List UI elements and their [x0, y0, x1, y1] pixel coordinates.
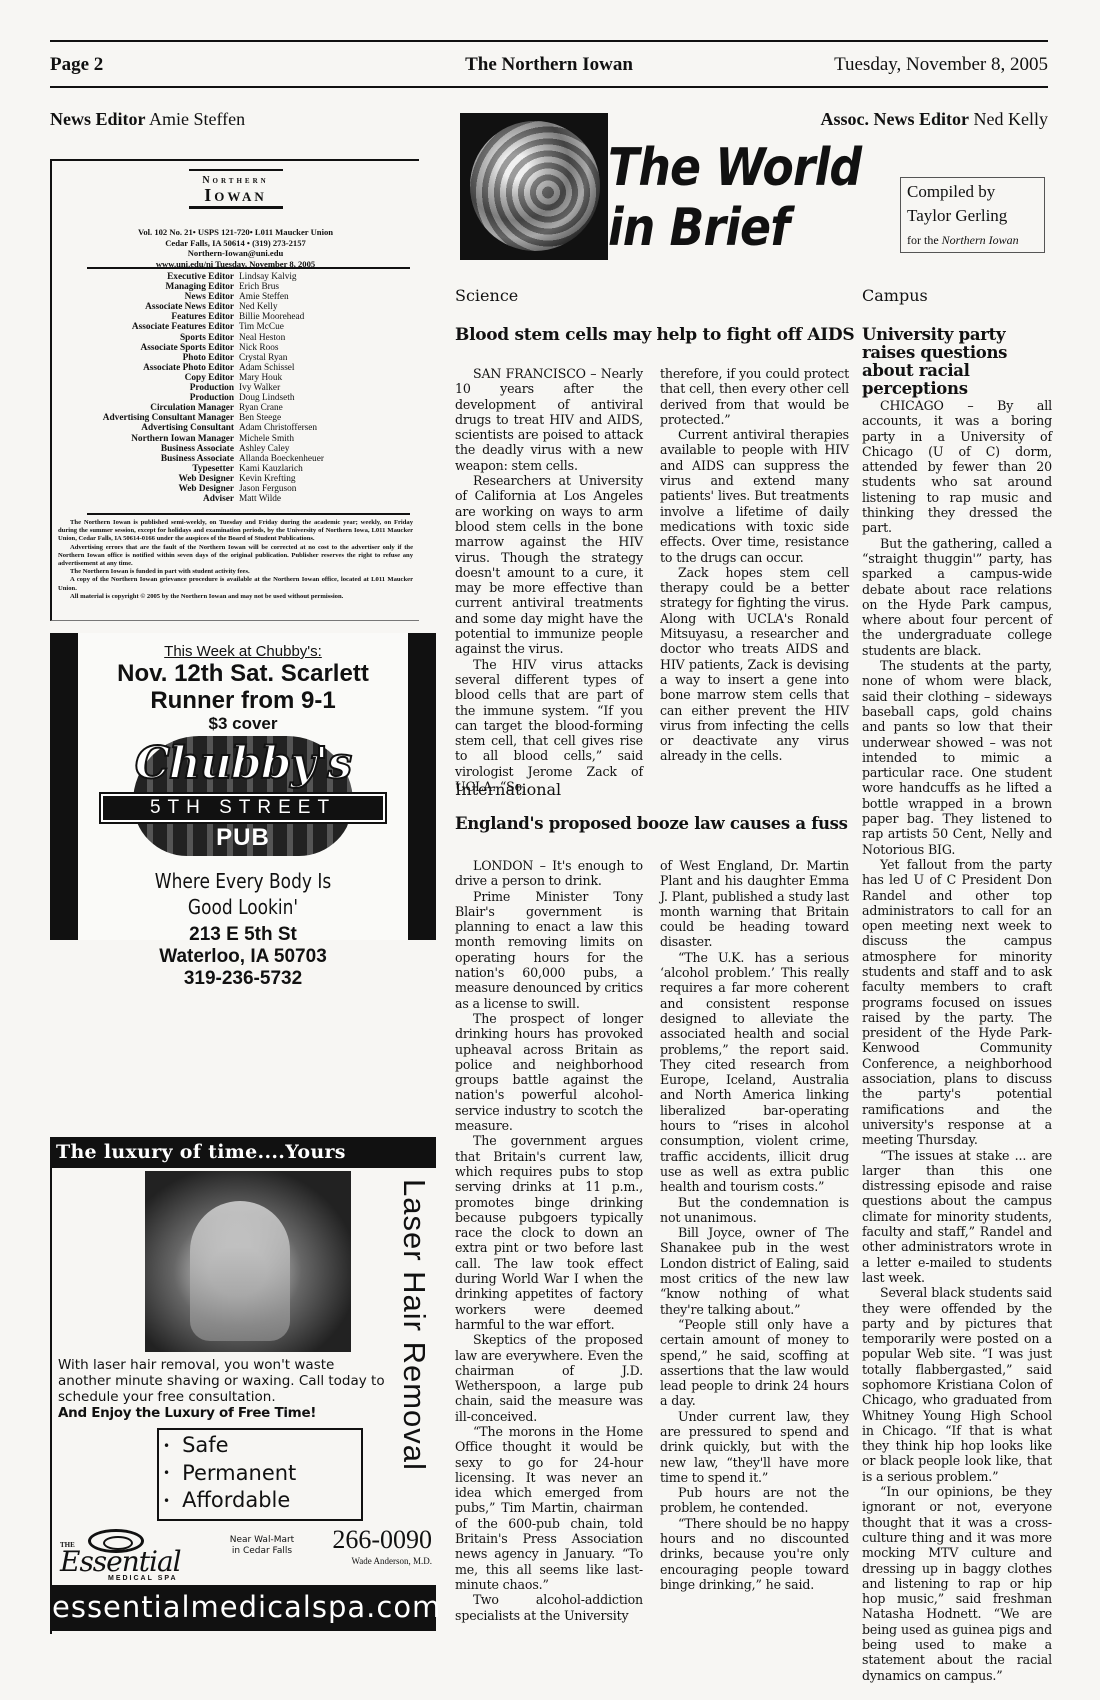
- compiled-for: for the Northern Iowan: [907, 228, 1044, 252]
- compiled-label: Compiled by: [907, 180, 1044, 204]
- staff-row: Features EditorBillie Moorehead: [52, 312, 421, 322]
- headline-international: England's proposed booze law causes a fu…: [455, 815, 855, 833]
- science-col-2: therefore, if you could protect that cel…: [660, 366, 849, 764]
- folio: Page 2 The Northern Iowan Tuesday, Novem…: [50, 54, 1048, 78]
- staff-name: Ned Kelly: [239, 302, 421, 312]
- logo-script: Chubby's: [93, 738, 393, 789]
- logo-iowan: Iowan: [52, 186, 419, 204]
- staff-row: Associate News EditorNed Kelly: [52, 302, 421, 312]
- logo-banner: 5TH STREET: [101, 794, 385, 822]
- staff-row: Managing EditorErich Brus: [52, 282, 421, 292]
- notice-para: The Northern Iowan is funded in part wit…: [58, 568, 413, 576]
- staff-name: Tim McCue: [239, 322, 421, 332]
- section-science: Science: [455, 286, 518, 305]
- top-rule: [50, 40, 1048, 42]
- staff-row: Northern Iowan ManagerMichele Smith: [52, 434, 421, 444]
- staff-row: Copy EditorMary Houk: [52, 373, 421, 383]
- doctor-name: Wade Anderson, M.D.: [351, 1556, 432, 1566]
- divider: [87, 267, 410, 269]
- para: Zack hopes stem cell therapy could be a …: [660, 565, 849, 764]
- staff-role: Production: [52, 383, 239, 393]
- staff-name: Ben Steege: [239, 413, 421, 423]
- staff-row: ProductionDoug Lindseth: [52, 393, 421, 403]
- staff-role: Associate Features Editor: [52, 322, 239, 332]
- spa-phone: 266-0090: [332, 1525, 432, 1555]
- folio-rule: [50, 86, 1048, 88]
- info-line: Vol. 102 No. 21• USPS 121-720• L011 Mauc…: [52, 227, 419, 238]
- staff-row: Sports EditorNeal Heston: [52, 333, 421, 343]
- masthead-info: Vol. 102 No. 21• USPS 121-720• L011 Mauc…: [52, 227, 419, 269]
- issue-date: Tuesday, November 8, 2005: [834, 54, 1048, 76]
- para: Pub hours are not the problem, he conten…: [660, 1485, 849, 1516]
- para: Several black students said they were of…: [862, 1285, 1052, 1484]
- ad-headline: The luxury of time....Yours: [52, 1137, 436, 1168]
- para: LONDON – It's enough to drive a person t…: [455, 858, 643, 889]
- para: “There should be no happy hours and no d…: [660, 1516, 849, 1592]
- para: “The issues at stake ... are larger than…: [862, 1148, 1052, 1286]
- notice-para: The Northern Iowan is published semi-wee…: [58, 519, 413, 544]
- staff-role: Sports Editor: [52, 333, 239, 343]
- editor-name: Ned Kelly: [974, 109, 1048, 129]
- staff-role: Production: [52, 393, 239, 403]
- staff-row: Web DesignerKevin Krefting: [52, 474, 421, 484]
- notice-para: Advertising errors that are the fault of…: [58, 544, 413, 569]
- tagline-line: Good Lookin': [103, 894, 384, 920]
- location: Near Wal-Mart in Cedar Falls: [212, 1535, 312, 1557]
- chubbys-pub-ad: This Week at Chubby's: Nov. 12th Sat. Sc…: [50, 633, 436, 940]
- tagline-line: Where Every Body Is: [103, 868, 384, 894]
- staff-role: Adviser: [52, 494, 239, 504]
- ad-heading: This Week at Chubby's:: [78, 633, 408, 660]
- tagline: Where Every Body Is Good Lookin': [103, 868, 384, 920]
- event-line-2: Runner from 9-1: [78, 687, 408, 714]
- staff-role: Managing Editor: [52, 282, 239, 292]
- staff-row: Associate Features EditorTim McCue: [52, 322, 421, 332]
- para: Yet fallout from the party has led U of …: [862, 857, 1052, 1148]
- staff-name: Adam Christoffersen: [239, 423, 421, 433]
- staff-row: Photo EditorCrystal Ryan: [52, 353, 421, 363]
- notice-para: All material is copyright © 2005 by the …: [58, 593, 413, 601]
- international-col-2: of West England, Dr. Martin Plant and hi…: [660, 858, 849, 1592]
- logo-sub: MEDICAL SPA: [108, 1575, 178, 1582]
- para: “The morons in the Home Office thought i…: [455, 1424, 643, 1592]
- headline-science: Blood stem cells may help to fight off A…: [455, 326, 855, 344]
- info-line: Cedar Falls, IA 50614 • (319) 273-2157: [52, 238, 419, 249]
- staff-role: Associate Photo Editor: [52, 363, 239, 373]
- ad-body: With laser hair removal, you won't waste…: [58, 1357, 388, 1421]
- editor-role: Assoc. News Editor: [821, 109, 970, 129]
- para: The prospect of longer drinking hours ha…: [455, 1011, 643, 1133]
- staff-role: Circulation Manager: [52, 403, 239, 413]
- compiled-by-box: Compiled by Taylor Gerling for the North…: [900, 177, 1045, 253]
- editor-role: News Editor: [50, 109, 146, 129]
- globe-image: [460, 113, 608, 260]
- staff-row: Advertising Consultant ManagerBen Steege: [52, 413, 421, 423]
- para: Prime Minister Tony Blair's government i…: [455, 889, 643, 1011]
- staff-role: Executive Editor: [52, 272, 239, 282]
- para: SAN FRANCISCO – Nearly 10 years after th…: [455, 366, 643, 473]
- staff-role: Web Designer: [52, 484, 239, 494]
- staff-name: Kevin Krefting: [239, 474, 421, 484]
- para: The HIV virus attacks several different …: [455, 657, 643, 795]
- science-col-1: SAN FRANCISCO – Nearly 10 years after th…: [455, 366, 643, 794]
- para: therefore, if you could protect that cel…: [660, 366, 849, 427]
- staff-role: Advertising Consultant Manager: [52, 413, 239, 423]
- para: The government argues that Britain's cur…: [455, 1133, 643, 1332]
- staff-list: Executive EditorLindsay KalvigManaging E…: [52, 272, 421, 504]
- para: CHICAGO – By all accounts, it was a bori…: [862, 398, 1052, 536]
- compiler-name: Taylor Gerling: [907, 204, 1044, 228]
- staff-role: News Editor: [52, 292, 239, 302]
- divider: [87, 513, 410, 515]
- location-line: in Cedar Falls: [212, 1546, 312, 1557]
- ad-photo: [145, 1171, 351, 1352]
- staff-role: Photo Editor: [52, 353, 239, 363]
- staff-role: Business Associate: [52, 444, 239, 454]
- street: 213 E 5th St: [78, 924, 408, 946]
- benefits-list: Safe Permanent Affordable: [157, 1428, 363, 1521]
- news-editor-credit: News Editor Amie Steffen: [50, 109, 245, 130]
- staff-role: Associate News Editor: [52, 302, 239, 312]
- para: “The U.K. has a serious ‘alcohol problem…: [660, 950, 849, 1195]
- staff-role: Business Associate: [52, 454, 239, 464]
- essential-spa-logo: THE Essential MEDICAL SPA: [60, 1527, 200, 1587]
- staff-name: Allanda Boeckenheuer: [239, 454, 421, 464]
- para: “In our opinions, be they ignorant or no…: [862, 1484, 1052, 1683]
- staff-row: Associate Photo EditorAdam Schissel: [52, 363, 421, 373]
- paper-name: Northern Iowan: [942, 233, 1019, 247]
- para: Under current law, they are pressured to…: [660, 1409, 849, 1485]
- staff-role: Advertising Consultant: [52, 423, 239, 433]
- staff-role: Typesetter: [52, 464, 239, 474]
- spa-url: essentialmedicalspa.com: [52, 1585, 436, 1631]
- staff-name: Neal Heston: [239, 333, 421, 343]
- staff-name: Billie Moorehead: [239, 312, 421, 322]
- address: 213 E 5th St Waterloo, IA 50703 319-236-…: [78, 924, 408, 990]
- international-col-1: LONDON – It's enough to drive a person t…: [455, 858, 643, 1623]
- campus-col: CHICAGO – By all accounts, it was a bori…: [862, 398, 1052, 1683]
- title-line: The World: [608, 138, 861, 198]
- staff-name: Nick Roos: [239, 343, 421, 353]
- logo-pub: PUB: [93, 824, 393, 852]
- world-in-brief-title: The World in Brief: [608, 138, 861, 258]
- body-bold: And Enjoy the Luxury of Free Time!: [58, 1405, 388, 1421]
- para: Current antiviral therapies available to…: [660, 427, 849, 565]
- staff-role: Associate Sports Editor: [52, 343, 239, 353]
- staff-name: Kami Kauzlarich: [239, 464, 421, 474]
- location-line: Near Wal-Mart: [212, 1535, 312, 1546]
- staff-name: Crystal Ryan: [239, 353, 421, 363]
- editor-name: Amie Steffen: [149, 109, 245, 129]
- publication-notice: The Northern Iowan is published semi-wee…: [58, 519, 413, 601]
- info-email: Northern-Iowan@uni.edu: [52, 248, 419, 259]
- cover-charge: $3 cover: [78, 714, 408, 734]
- staff-row: ProductionIvy Walker: [52, 383, 421, 393]
- para: But the condemnation is not unanimous.: [660, 1195, 849, 1226]
- staff-row: Business AssociateAllanda Boeckenheuer: [52, 454, 421, 464]
- staff-row: Executive EditorLindsay Kalvig: [52, 272, 421, 282]
- logo-name: Essential: [60, 1545, 181, 1578]
- staff-name: Jason Ferguson: [239, 484, 421, 494]
- headline-campus: University party raises questions about …: [862, 326, 1052, 398]
- staff-name: Michele Smith: [239, 434, 421, 444]
- masthead-box: Northern Iowan Vol. 102 No. 21• USPS 121…: [50, 159, 419, 621]
- staff-row: Circulation ManagerRyan Crane: [52, 403, 421, 413]
- staff-role: Northern Iowan Manager: [52, 434, 239, 444]
- staff-name: Ivy Walker: [239, 383, 421, 393]
- staff-row: Web DesignerJason Ferguson: [52, 484, 421, 494]
- para: Skeptics of the proposed law are everywh…: [455, 1332, 643, 1424]
- staff-name: Adam Schissel: [239, 363, 421, 373]
- section-international: International: [455, 780, 561, 799]
- staff-row: Business AssociateAshley Caley: [52, 444, 421, 454]
- benefit-item: Permanent: [163, 1460, 361, 1488]
- staff-role: Features Editor: [52, 312, 239, 322]
- chubbys-logo: Chubby's 5TH STREET PUB: [93, 736, 393, 864]
- staff-name: Ashley Caley: [239, 444, 421, 454]
- staff-name: Lindsay Kalvig: [239, 272, 421, 282]
- staff-role: Copy Editor: [52, 373, 239, 383]
- para: Bill Joyce, owner of The Shanakee pub in…: [660, 1225, 849, 1317]
- notice-para: A copy of the Northern Iowan grievance p…: [58, 576, 413, 592]
- para: of West England, Dr. Martin Plant and hi…: [660, 858, 849, 950]
- staff-row: Associate Sports EditorNick Roos: [52, 343, 421, 353]
- body-text: With laser hair removal, you won't waste…: [58, 1357, 385, 1405]
- vertical-title: Laser Hair Removal: [392, 1179, 432, 1479]
- benefit-item: Affordable: [163, 1487, 361, 1515]
- para: Two alcohol-addiction specialists at the…: [455, 1592, 643, 1623]
- staff-name: Ryan Crane: [239, 403, 421, 413]
- staff-name: Mary Houk: [239, 373, 421, 383]
- staff-row: Advertising ConsultantAdam Christofferse…: [52, 423, 421, 433]
- para: “People still only have a certain amount…: [660, 1317, 849, 1409]
- staff-role: Web Designer: [52, 474, 239, 484]
- para: Researchers at University of California …: [455, 473, 643, 657]
- benefit-item: Safe: [163, 1432, 361, 1460]
- title-line: in Brief: [608, 198, 861, 258]
- para: But the gathering, called a “straight th…: [862, 536, 1052, 658]
- masthead-logo: Northern Iowan: [52, 169, 419, 209]
- staff-name: Amie Steffen: [239, 292, 421, 302]
- laser-hair-removal-ad: The luxury of time....Yours Laser Hair R…: [50, 1137, 436, 1634]
- staff-name: Doug Lindseth: [239, 393, 421, 403]
- event-line-1: Nov. 12th Sat. Scarlett: [78, 660, 408, 687]
- staff-row: News EditorAmie Steffen: [52, 292, 421, 302]
- staff-row: TypesetterKami Kauzlarich: [52, 464, 421, 474]
- para: The students at the party, none of whom …: [862, 658, 1052, 857]
- for-label: for the: [907, 233, 939, 247]
- section-campus: Campus: [862, 286, 928, 305]
- staff-row: AdviserMatt Wilde: [52, 494, 421, 504]
- assoc-news-editor-credit: Assoc. News Editor Ned Kelly: [821, 109, 1048, 130]
- staff-name: Matt Wilde: [239, 494, 421, 504]
- phone: 319-236-5732: [78, 968, 408, 990]
- staff-name: Erich Brus: [239, 282, 421, 292]
- city: Waterloo, IA 50703: [78, 946, 408, 968]
